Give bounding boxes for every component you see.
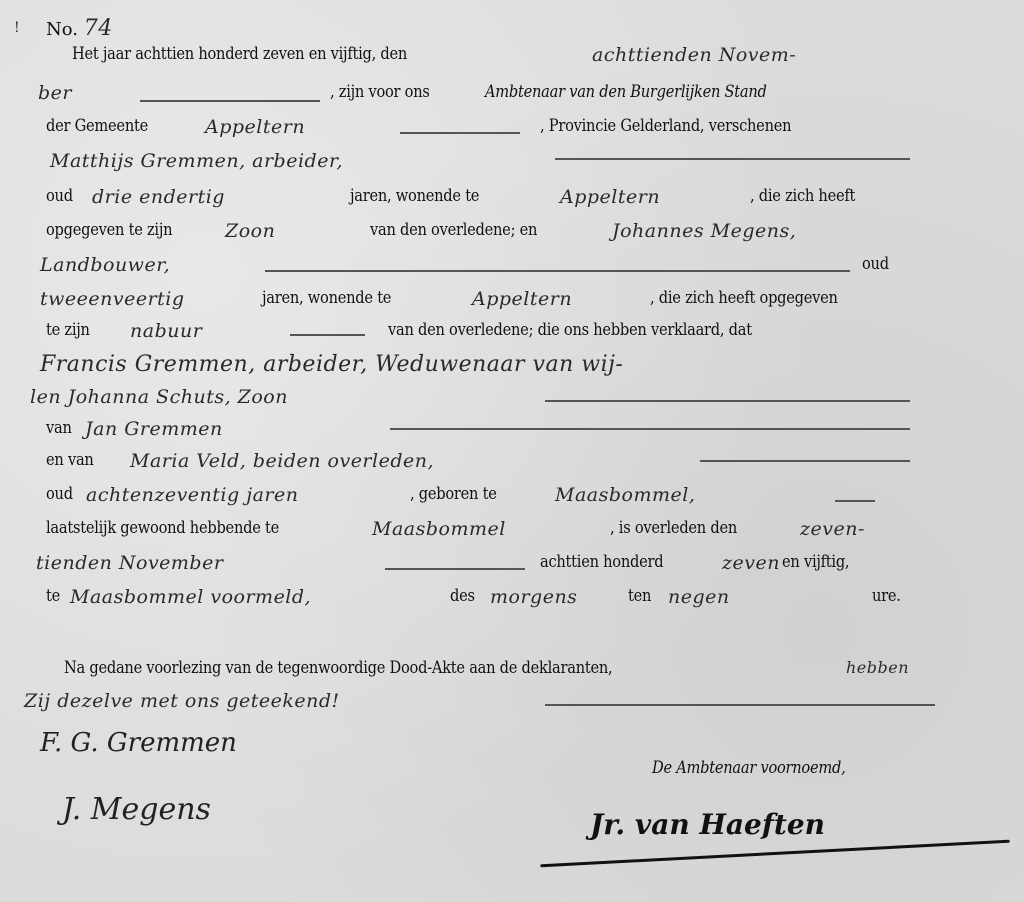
printed-text: , Provincie Gelderland, verschenen [540, 116, 791, 136]
text-line-9: te zijn nabuur van den overledene; die o… [0, 320, 1024, 352]
text-line-8: tweeenveertig jaren, wonende te Appelter… [0, 288, 1024, 320]
handwritten-birthplace: Maasbommel, [555, 484, 695, 506]
printed-text: , die zich heeft [750, 186, 855, 206]
handwritten-hour: negen [668, 586, 730, 608]
text-line-11: len Johanna Schuts, Zoon [0, 386, 1024, 418]
text-line-5: oud drie endertig jaren, wonende te Appe… [0, 186, 1024, 218]
printed-text: van den overledene; die ons hebben verkl… [388, 320, 752, 340]
handwritten-place: Appeltern [560, 186, 660, 208]
death-certificate-page: ! No. 74 Het jaar achttien honderd zeven… [0, 0, 1024, 902]
printed-text: jaren, wonende te [262, 288, 391, 308]
handwritten-age: achtenzeventig jaren [86, 484, 299, 506]
fill-rule [140, 100, 320, 102]
printed-italic-text: Ambtenaar van den Burgerlijken Stand [485, 82, 767, 102]
printed-text: , zijn voor ons [330, 82, 430, 102]
text-line-17: te Maasbommel voormeld, des morgens ten … [0, 586, 1024, 618]
handwritten-place: Appeltern [472, 288, 572, 310]
text-line-16: tienden November achttien honderd zeven … [0, 552, 1024, 584]
fill-rule [390, 428, 910, 430]
printed-text: van den overledene; en [370, 220, 537, 240]
text-line-6: opgegeven te zijn Zoon van den overleden… [0, 220, 1024, 252]
handwritten-declarant-2: Johannes Megens, [612, 220, 796, 242]
closing-line-2: Zij dezelve met ons geteekend! [0, 690, 1024, 722]
fill-rule [555, 158, 910, 160]
fill-rule [545, 400, 910, 402]
printed-text: jaren, wonende te [350, 186, 479, 206]
handwritten-time-of-day: morgens [490, 586, 577, 608]
record-number-value: 74 [84, 16, 113, 41]
handwritten-residence: Maasbommel [372, 518, 506, 540]
printed-closing: Na gedane voorlezing van de tegenwoordig… [64, 658, 612, 678]
signature-flourish [540, 840, 1010, 868]
text-line-7: Landbouwer, oud [0, 254, 1024, 286]
handwritten-date: achttienden Novem- [592, 44, 796, 66]
printed-text: Het jaar achttien honderd zeven en vijft… [72, 44, 407, 64]
printed-text: te zijn [46, 320, 90, 340]
fill-rule [290, 334, 365, 336]
handwritten-declarant-1: Matthijs Gremmen, arbeider, [50, 150, 343, 172]
printed-text: en van [46, 450, 94, 470]
fill-rule [265, 270, 850, 272]
printed-text: , is overleden den [610, 518, 737, 538]
printed-text: oud [46, 186, 73, 206]
text-line-3: der Gemeente Appeltern , Provincie Gelde… [0, 116, 1024, 148]
handwritten-relation: nabuur [130, 320, 202, 342]
handwritten-date: zeven- [800, 518, 865, 540]
text-line-10: Francis Gremmen, arbeider, Weduwenaar va… [0, 352, 1024, 384]
signature-official: Jr. van Haeften [590, 808, 825, 841]
handwritten-text: ber [38, 82, 72, 104]
record-number: No. 74 [46, 16, 113, 41]
handwritten-closing: hebben [846, 658, 909, 677]
text-line-12: van Jan Gremmen [0, 418, 1024, 450]
record-number-label: No. [46, 19, 78, 40]
closing-line-1: Na gedane voorlezing van de tegenwoordig… [0, 658, 1024, 690]
fill-rule [400, 132, 520, 134]
margin-mark: ! [14, 20, 20, 36]
handwritten-date: tienden November [36, 552, 223, 574]
handwritten-municipality: Appeltern [205, 116, 305, 138]
text-line-4: Matthijs Gremmen, arbeider, [0, 150, 1024, 182]
handwritten-closing-2: Zij dezelve met ons geteekend! [24, 690, 340, 712]
signature-declarant-2: J. Megens [62, 792, 211, 827]
handwritten-father: Jan Gremmen [85, 418, 223, 440]
printed-text: laatstelijk gewoond hebbende te [46, 518, 279, 538]
text-line-13: en van Maria Veld, beiden overleden, [0, 450, 1024, 482]
handwritten-age: tweeenveertig [40, 288, 185, 310]
handwritten-deceased: Francis Gremmen, arbeider, Weduwenaar va… [40, 352, 623, 377]
printed-text: , die zich heeft opgegeven [650, 288, 838, 308]
text-line-15: laatstelijk gewoond hebbende te Maasbomm… [0, 518, 1024, 550]
printed-text: te [46, 586, 60, 606]
printed-text: achttien honderd [540, 552, 663, 572]
signature-declarant-1: F. G. Gremmen [40, 728, 237, 758]
handwritten-year: zeven [722, 552, 780, 574]
printed-text: ure. [872, 586, 901, 606]
printed-text: , geboren te [410, 484, 497, 504]
handwritten-relation: Zoon [225, 220, 275, 242]
printed-text: ten [628, 586, 651, 606]
handwritten-occupation: Landbouwer, [40, 254, 170, 276]
text-line-1: Het jaar achttien honderd zeven en vijft… [0, 44, 1024, 76]
printed-text: van [46, 418, 72, 438]
fill-rule [545, 704, 935, 706]
printed-text: der Gemeente [46, 116, 148, 136]
printed-text: des [450, 586, 475, 606]
fill-rule [700, 460, 910, 462]
printed-text: en vijftig, [782, 552, 849, 572]
text-line-2: ber , zijn voor ons Ambtenaar van den Bu… [0, 82, 1024, 114]
text-line-14: oud achtenzeventig jaren , geboren te Ma… [0, 484, 1024, 516]
fill-rule [835, 500, 875, 502]
handwritten-place: Maasbommel voormeld, [70, 586, 311, 608]
printed-text: opgegeven te zijn [46, 220, 172, 240]
handwritten-age: drie endertig [92, 186, 225, 208]
printed-text: oud [862, 254, 889, 274]
official-label: De Ambtenaar voornoemd, [652, 758, 845, 778]
printed-text: oud [46, 484, 73, 504]
handwritten-mother: Maria Veld, beiden overleden, [130, 450, 434, 472]
fill-rule [385, 568, 525, 570]
handwritten-spouse: len Johanna Schuts, Zoon [30, 386, 288, 408]
